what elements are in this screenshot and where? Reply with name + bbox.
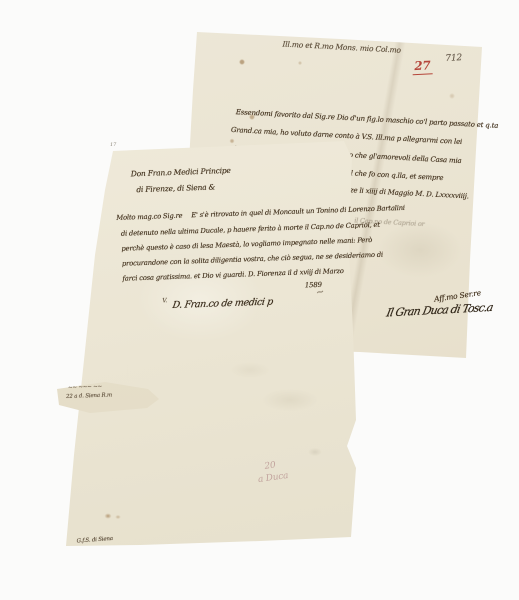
handwriting-line: di detenuto nella ultima Ducale, p hauer… [121,221,380,238]
flap-scribble: ~~ ~~~ ~~ [68,384,102,391]
letter-front-signature: D. Fran.co de medici p [172,296,274,311]
pencil-note: 20 [264,460,276,471]
paraph-flourish: ~ [315,286,325,298]
letter-back-date-line: Fir.ze li xiiij di Maggio M. D. Lxxxxvii… [339,186,469,201]
docket-line: di Firenze, di Siena & [136,182,215,194]
handwriting-line: procurandone con la solita diligentia vo… [122,251,383,268]
handwriting-line: Essendomi favorito dal Sig.re Dio d'un f… [236,108,499,130]
handwriting-line: perchè questo è caso di lesa Maestà, lo … [121,236,372,253]
letter-front-salutation: Molto mag.co Sig.re [116,212,182,222]
red-lot-number: 27 [412,58,433,75]
signature-prefix: V. [162,297,167,304]
letter-back-signature: Il Gran Duca di Tosc.a [385,301,494,320]
letter-back-salutation: Ill.mo et R.mo Mons. mio Col.mo [282,39,401,54]
folio-number: 712 [445,53,462,64]
photo-of-two-manuscript-letters: Ill.mo et R.mo Mons. mio Col.mo 27 712 E… [0,0,519,600]
pencil-note: a Duca [257,471,289,485]
docket-line: Don Fran.o Medici Principe [131,166,231,178]
letter-front-content: Don Fran.o Medici Principe di Firenze, d… [113,143,370,551]
corner-number: 17 [110,142,116,148]
